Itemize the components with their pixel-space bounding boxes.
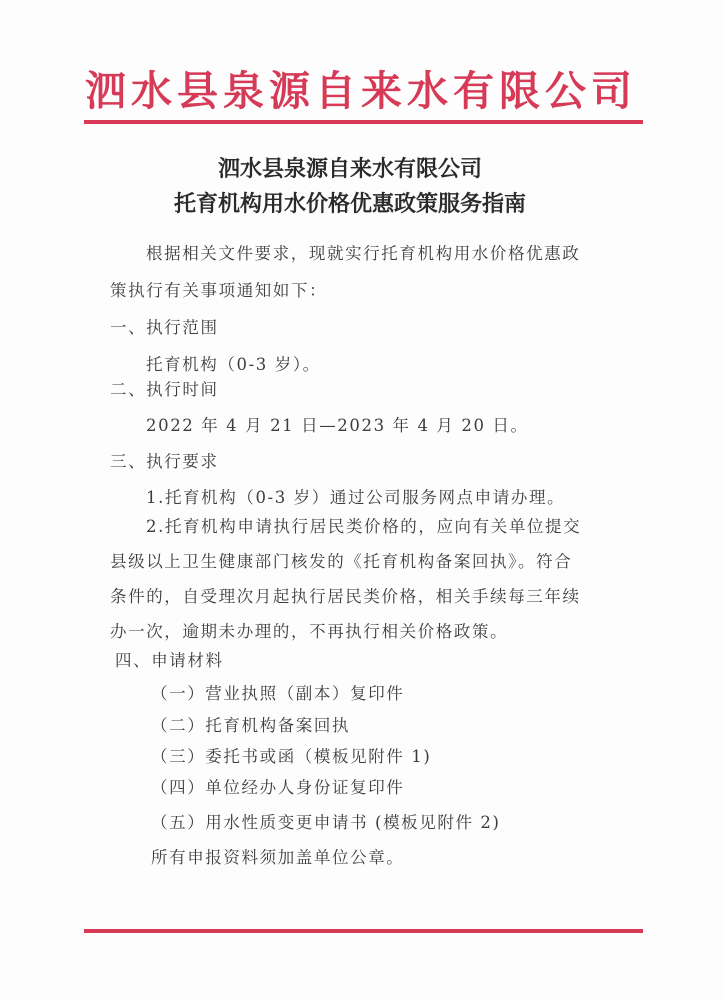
material-item-1: （一）营业执照（副本）复印件 bbox=[151, 683, 404, 705]
footer-red-rule bbox=[84, 929, 643, 933]
material-item-5: （五）用水性质变更申请书 (模板见附件 2) bbox=[151, 812, 501, 834]
section-heading-time: 二、执行时间 bbox=[110, 379, 219, 401]
requirement-item-2-line-4: 办一次，逾期未办理的，不再执行相关价格政策。 bbox=[110, 621, 508, 643]
document-title-line-1: 泗水县泉源自来水有限公司 bbox=[0, 152, 712, 183]
section-heading-scope: 一、执行范围 bbox=[110, 317, 219, 339]
section-scope-text: 托育机构（0-3 岁）。 bbox=[146, 354, 321, 376]
document-page: 泗水县泉源自来水有限公司 泗水县泉源自来水有限公司 托育机构用水价格优惠政策服务… bbox=[0, 0, 724, 999]
letterhead-red-rule bbox=[84, 120, 643, 124]
intro-paragraph-line-1: 根据相关文件要求，现就实行托育机构用水价格优惠政 bbox=[146, 243, 580, 265]
document-title-line-2: 托育机构用水价格优惠政策服务指南 bbox=[0, 187, 712, 218]
section-time-text: 2022 年 4 月 21 日—2023 年 4 月 20 日。 bbox=[146, 415, 529, 437]
material-item-4: （四）单位经办人身份证复印件 bbox=[151, 777, 404, 799]
section-heading-requirements: 三、执行要求 bbox=[110, 451, 219, 473]
section-heading-materials: 四、申请材料 bbox=[115, 650, 224, 672]
requirement-item-2-line-1: 2.托育机构申请执行居民类价格的，应向有关单位提交 bbox=[146, 516, 581, 538]
material-item-2: （二）托育机构备案回执 bbox=[151, 715, 350, 737]
intro-paragraph-line-2: 策执行有关事项通知如下： bbox=[110, 280, 327, 302]
material-item-3: （三）委托书或函（模板见附件 1) bbox=[151, 746, 431, 768]
requirement-item-1: 1.托育机构（0-3 岁）通过公司服务网点申请办理。 bbox=[146, 487, 565, 509]
requirement-item-2-line-3: 条件的，自受理次月起执行居民类价格，相关手续每三年续 bbox=[110, 586, 581, 608]
letterhead-company-name: 泗水县泉源自来水有限公司 bbox=[85, 66, 645, 116]
materials-seal-note: 所有申报资料须加盖单位公章。 bbox=[151, 847, 404, 869]
requirement-item-2-line-2: 县级以上卫生健康部门核发的《托育机构备案回执》。符合 bbox=[110, 551, 572, 573]
